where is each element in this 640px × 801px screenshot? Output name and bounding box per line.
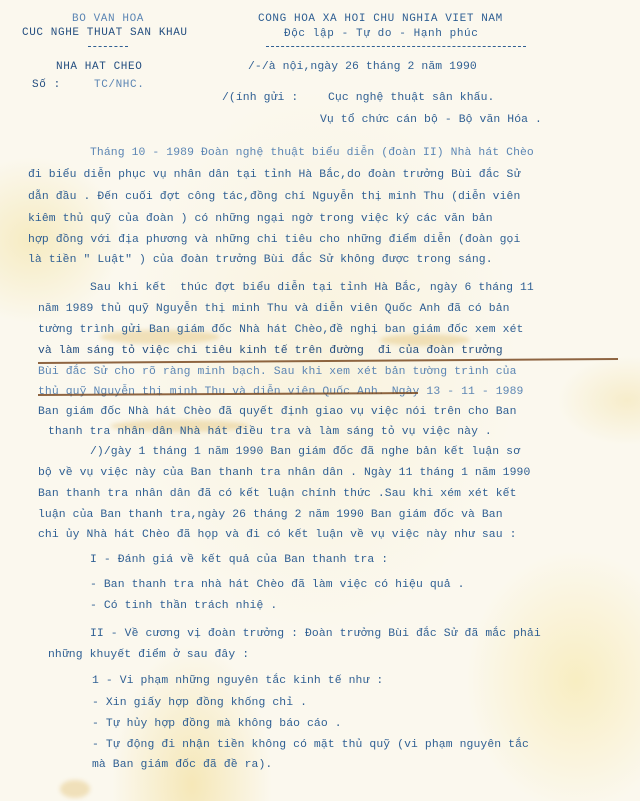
paragraph-line: chi ủy Nhà hát Chèo đã họp và đi có kết … [38, 528, 517, 542]
paragraph-line: Ban thanh tra nhân dân đã có kết luận ch… [38, 487, 517, 501]
section-1-item: - Ban thanh tra nhà hát Chèo đã làm việc… [90, 578, 465, 592]
section-2-heading: những khuyết điểm ở sau đây : [48, 648, 249, 662]
national-motto: Độc lập - Tự do - Hạnh phúc [284, 27, 478, 41]
section-1-item: - Có tinh thần trách nhiệ . [90, 599, 277, 613]
section-2-item: mà Ban giám đốc đã đề ra). [92, 758, 272, 772]
paragraph-line: Ban giám đốc Nhà hát Chèo đã quyết định … [38, 405, 517, 419]
paragraph-line: /)/gày 1 tháng 1 năm 1990 Ban giám đốc đ… [90, 445, 520, 459]
document-number-label: Số : [32, 78, 61, 92]
paragraph-line: luận của Ban thanh tra,ngày 26 tháng 2 n… [38, 508, 503, 522]
section-2-heading: II - Về cương vị đoàn trưởng : Đoàn trưở… [90, 627, 541, 641]
place-and-date: /-/à nội,ngày 26 tháng 2 năm 1990 [248, 60, 477, 74]
document-number-value: TC/NHC. [94, 78, 144, 92]
section-2-item: - Tự hủy hợp đồng mà không báo cáo . [92, 717, 342, 731]
ministry-name: BO VAN HOA [72, 12, 144, 26]
paragraph-line: Tháng 10 - 1989 Đoàn nghệ thuật biểu diễ… [90, 146, 534, 160]
republic-name: CONG HOA XA HOI CHU NGHIA VIET NAM [258, 12, 503, 26]
paragraph-line: tường trình gửi Ban giám đốc Nhà hát Chè… [38, 323, 523, 337]
section-2-item: - Xin giấy hợp đồng khống chỉ . [92, 696, 307, 710]
section-1-heading: I - Đánh giá về kết quả của Ban thanh tr… [90, 553, 388, 567]
department-name: CUC NGHE THUAT SAN KHAU [22, 26, 188, 40]
strikethrough-line [38, 358, 618, 364]
paragraph-line: dẫn đầu . Đến cuối đợt công tác,đồng chí… [28, 190, 520, 204]
paragraph-line: Bùi đắc Sử cho rõ ràng minh bạch. Sau kh… [38, 365, 517, 379]
header-left-rule [88, 46, 128, 47]
paragraph-line: là tiền " Luật" ) của đoàn trưởng Bùi đắ… [28, 253, 493, 267]
paragraph-line: năm 1989 thủ quỹ Nguyễn thị minh Thu và … [38, 302, 510, 316]
paper-stain [60, 780, 90, 798]
paragraph-line: và làm sáng tỏ việc chi tiêu kinh tế trê… [38, 344, 503, 358]
paragraph-line: Sau khi kết thúc đợt biểu diễn tại tỉnh … [90, 281, 534, 295]
section-2-subheading: 1 - Vi phạm những nguyên tắc kinh tế như… [92, 674, 383, 688]
paragraph-line: kiêm thủ quỹ của đoàn ) có những ngại ng… [28, 212, 493, 226]
section-2-item: - Tự động đi nhận tiền không có mặt thủ … [92, 738, 529, 752]
recipient-2: Vụ tổ chức cán bộ - Bộ văn Hóa . [320, 113, 542, 127]
paragraph-line: bộ về vụ việc này của Ban thanh tra nhân… [38, 466, 530, 480]
paragraph-line: thanh tra nhân dân Nhà hát điều tra và l… [48, 425, 492, 439]
recipient-1: Cục nghệ thuật sân khấu. [328, 91, 494, 105]
paragraph-line: đi biểu diễn phục vụ nhân dân tại tỉnh H… [28, 168, 520, 182]
header-right-rule [266, 46, 526, 47]
recipients-label: /(ính gửi : [222, 91, 298, 105]
paragraph-line: hợp đồng với địa phương và những chi tiê… [28, 233, 520, 247]
unit-name: NHA HAT CHEO [56, 60, 142, 74]
